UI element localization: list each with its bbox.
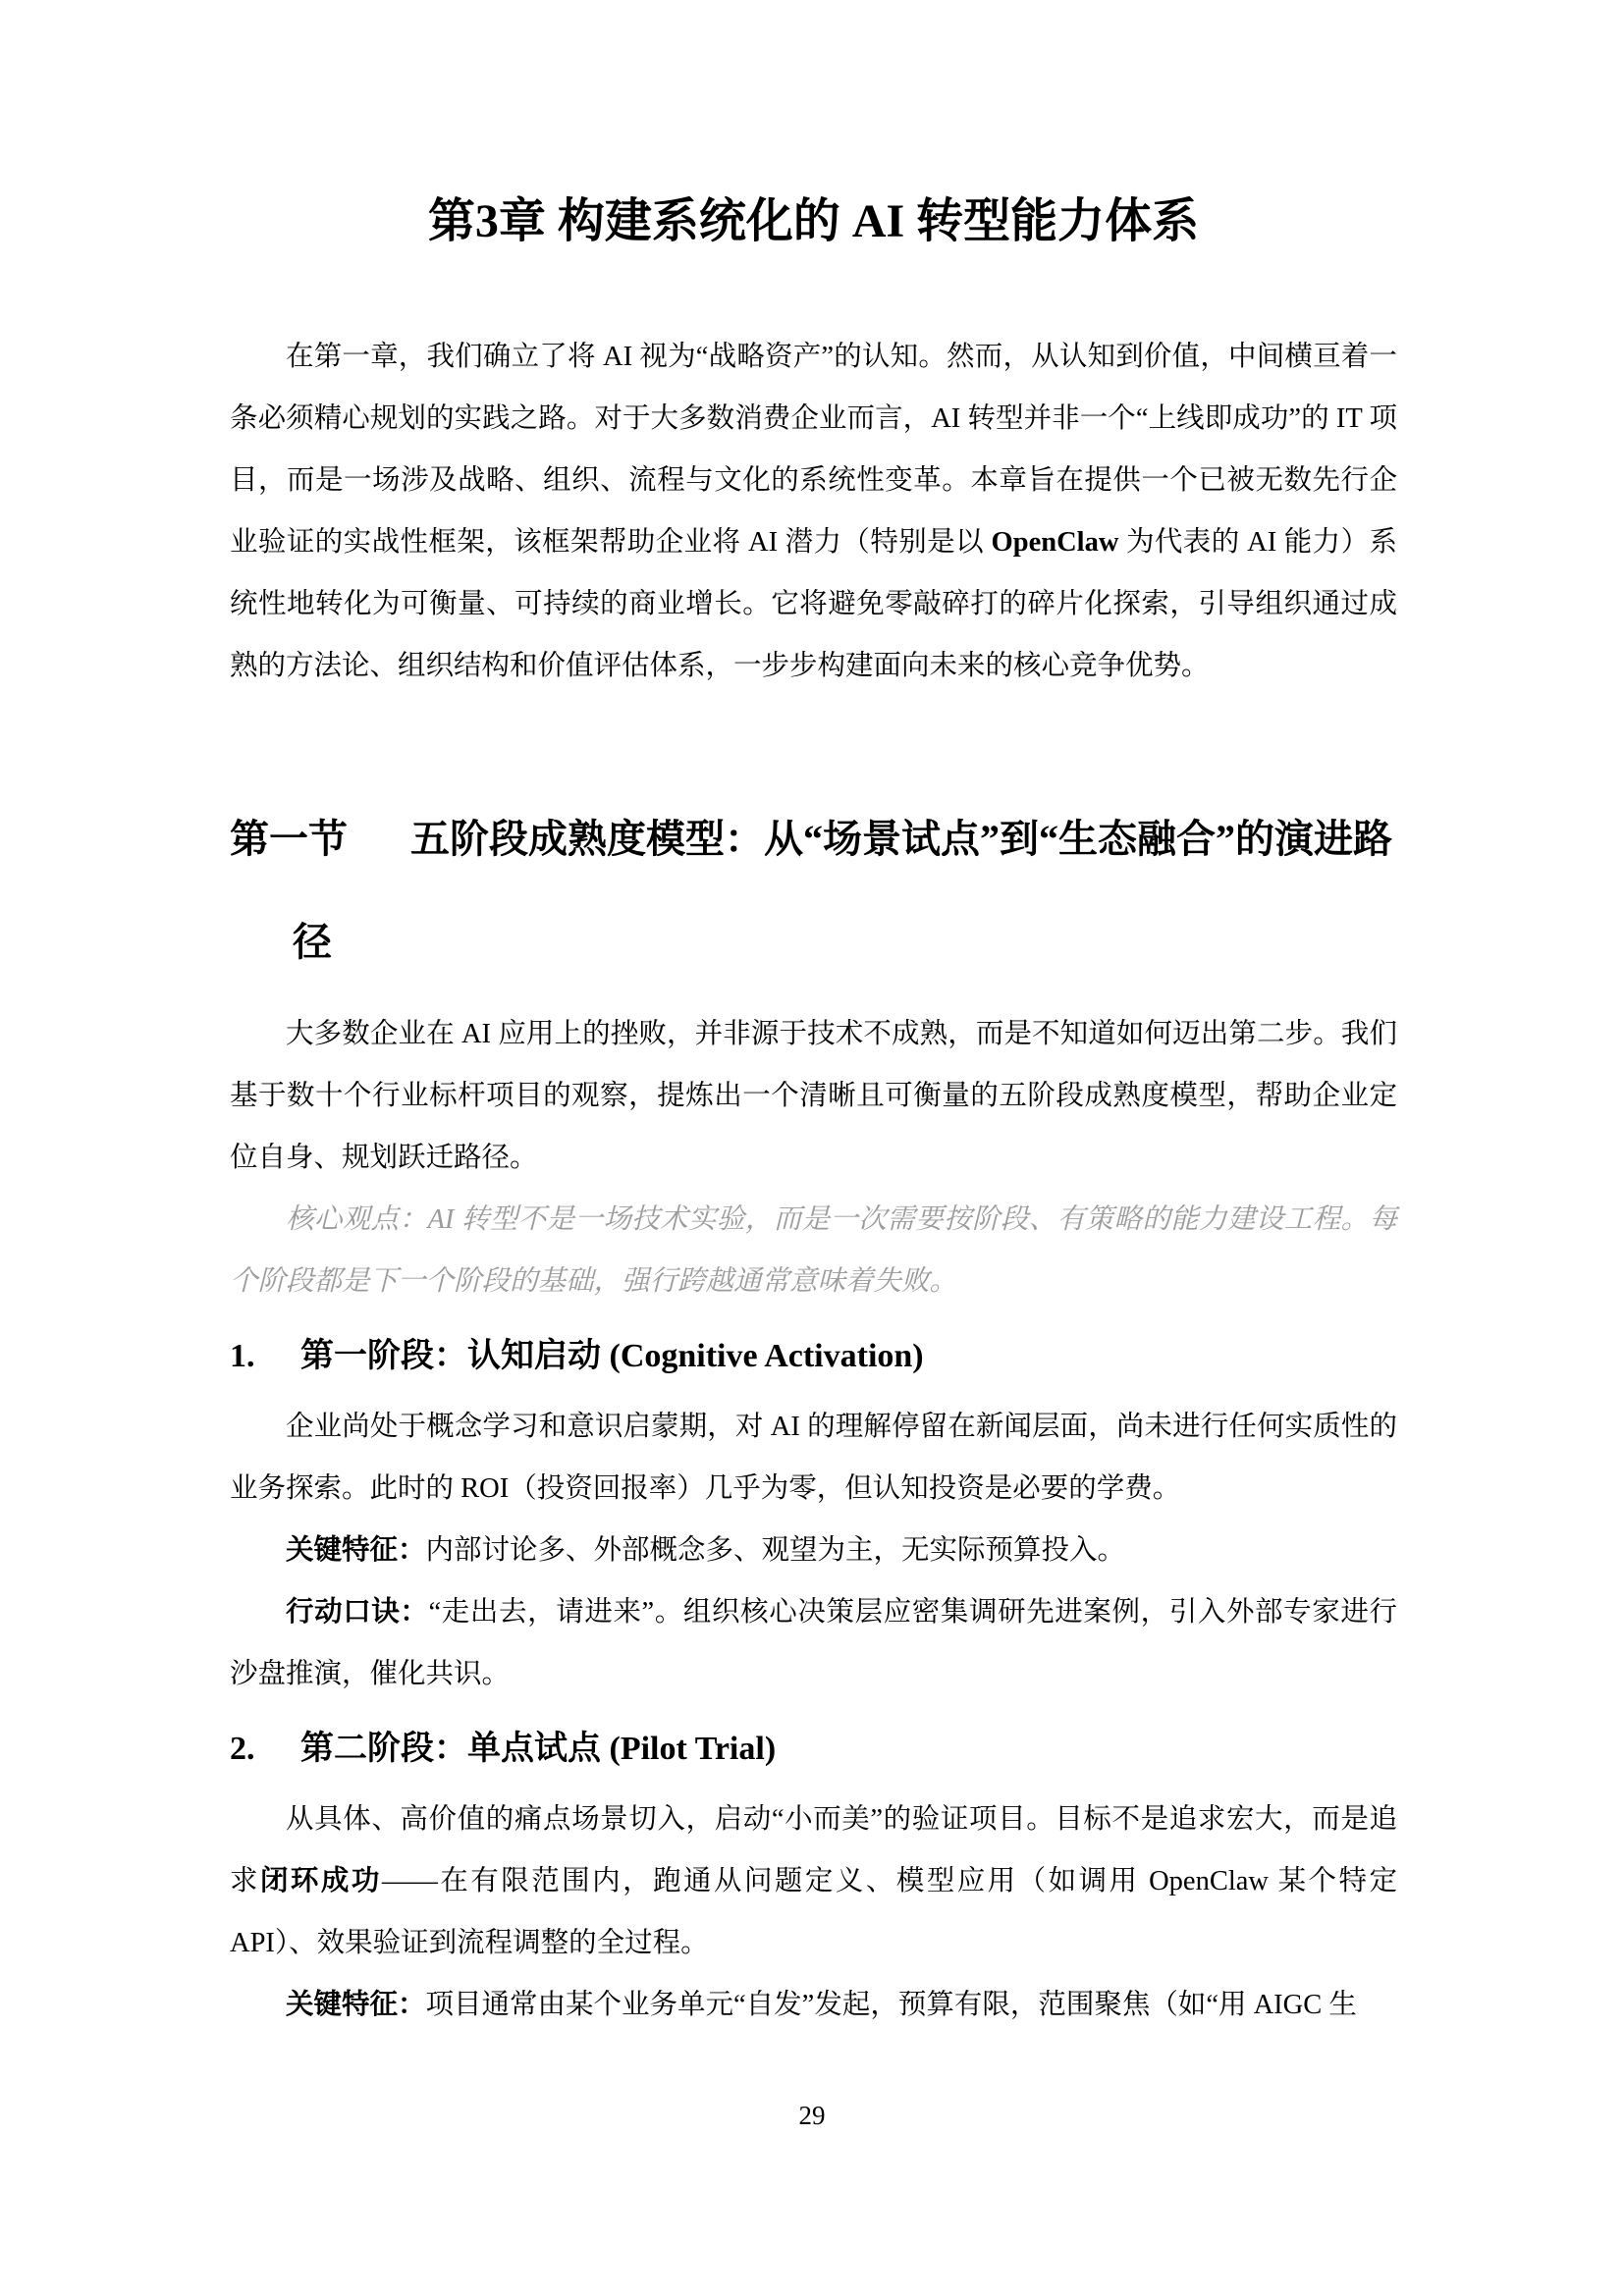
stage1-body-paragraph: 企业尚处于概念学习和意识启蒙期，对 AI 的理解停留在新闻层面，尚未进行任何实质… — [230, 1396, 1397, 1520]
section-heading: 第一节五阶段成熟度模型：从“场景试点”到“生态融合”的演进路径 — [230, 787, 1397, 993]
chapter-intro-paragraph: 在第一章，我们确立了将 AI 视为“战略资产”的认知。然而，从认知到价值，中间横… — [230, 326, 1397, 697]
stage1-number: 1. — [230, 1337, 300, 1376]
section-lead-paragraph: 大多数企业在 AI 应用上的挫败，并非源于技术不成熟，而是不知道如何迈出第二步。… — [230, 1003, 1397, 1189]
section-number: 第一节 — [230, 817, 348, 861]
stage2-features-text: 项目通常由某个业务单元“自发”发起，预算有限，范围聚焦（如“用 AIGC 生 — [426, 1990, 1357, 2020]
stage2-body-run-cont: ——在有限范围内，跑通从问题定义、模型应用（如调用 OpenClaw 某个特定 … — [230, 1866, 1397, 1958]
stage1-heading: 1.第一阶段：认知启动 (Cognitive Activation) — [230, 1337, 1397, 1376]
document-page: 第3章 构建系统化的 AI 转型能力体系 在第一章，我们确立了将 AI 视为“战… — [0, 0, 1624, 2296]
intro-text-run: 在第一章，我们确立了将 AI 视为“战略资产”的认知。然而，从认知到价值，中间横… — [230, 342, 1397, 558]
page-number: 29 — [0, 2101, 1624, 2131]
section-title: 五阶段成熟度模型：从“场景试点”到“生态融合”的演进路径 — [293, 817, 1392, 964]
stage1-motto-label: 行动口诀： — [286, 1597, 429, 1628]
stage1-features-label: 关键特征： — [286, 1535, 426, 1566]
stage2-heading-text: 第二阶段：单点试点 (Pilot Trial) — [300, 1731, 776, 1767]
stage2-features-label: 关键特征： — [286, 1990, 426, 2020]
stage2-body-bold: 闭环成功 — [260, 1866, 382, 1896]
stage2-number: 2. — [230, 1730, 300, 1769]
stage1-heading-text: 第一阶段：认知启动 (Cognitive Activation) — [300, 1338, 924, 1374]
key-point-note: 核心观点：AI 转型不是一场技术实验，而是一次需要按阶段、有策略的能力建设工程。… — [230, 1189, 1397, 1312]
stage1-motto-paragraph: 行动口诀：“走出去，请进来”。组织核心决策层应密集调研先进案例，引入外部专家进行… — [230, 1581, 1397, 1705]
stage2-heading: 2.第二阶段：单点试点 (Pilot Trial) — [230, 1730, 1397, 1769]
stage1-features-paragraph: 关键特征：内部讨论多、外部概念多、观望为主，无实际预算投入。 — [230, 1520, 1397, 1581]
stage2-features-paragraph: 关键特征：项目通常由某个业务单元“自发”发起，预算有限，范围聚焦（如“用 AIG… — [230, 1974, 1397, 2036]
stage2-body-paragraph: 从具体、高价值的痛点场景切入，启动“小而美”的验证项目。目标不是追求宏大，而是追… — [230, 1789, 1397, 1974]
chapter-title: 第3章 构建系统化的 AI 转型能力体系 — [230, 187, 1397, 257]
stage1-features-text: 内部讨论多、外部概念多、观望为主，无实际预算投入。 — [426, 1535, 1126, 1566]
intro-bold-brand: OpenClaw — [992, 527, 1119, 558]
